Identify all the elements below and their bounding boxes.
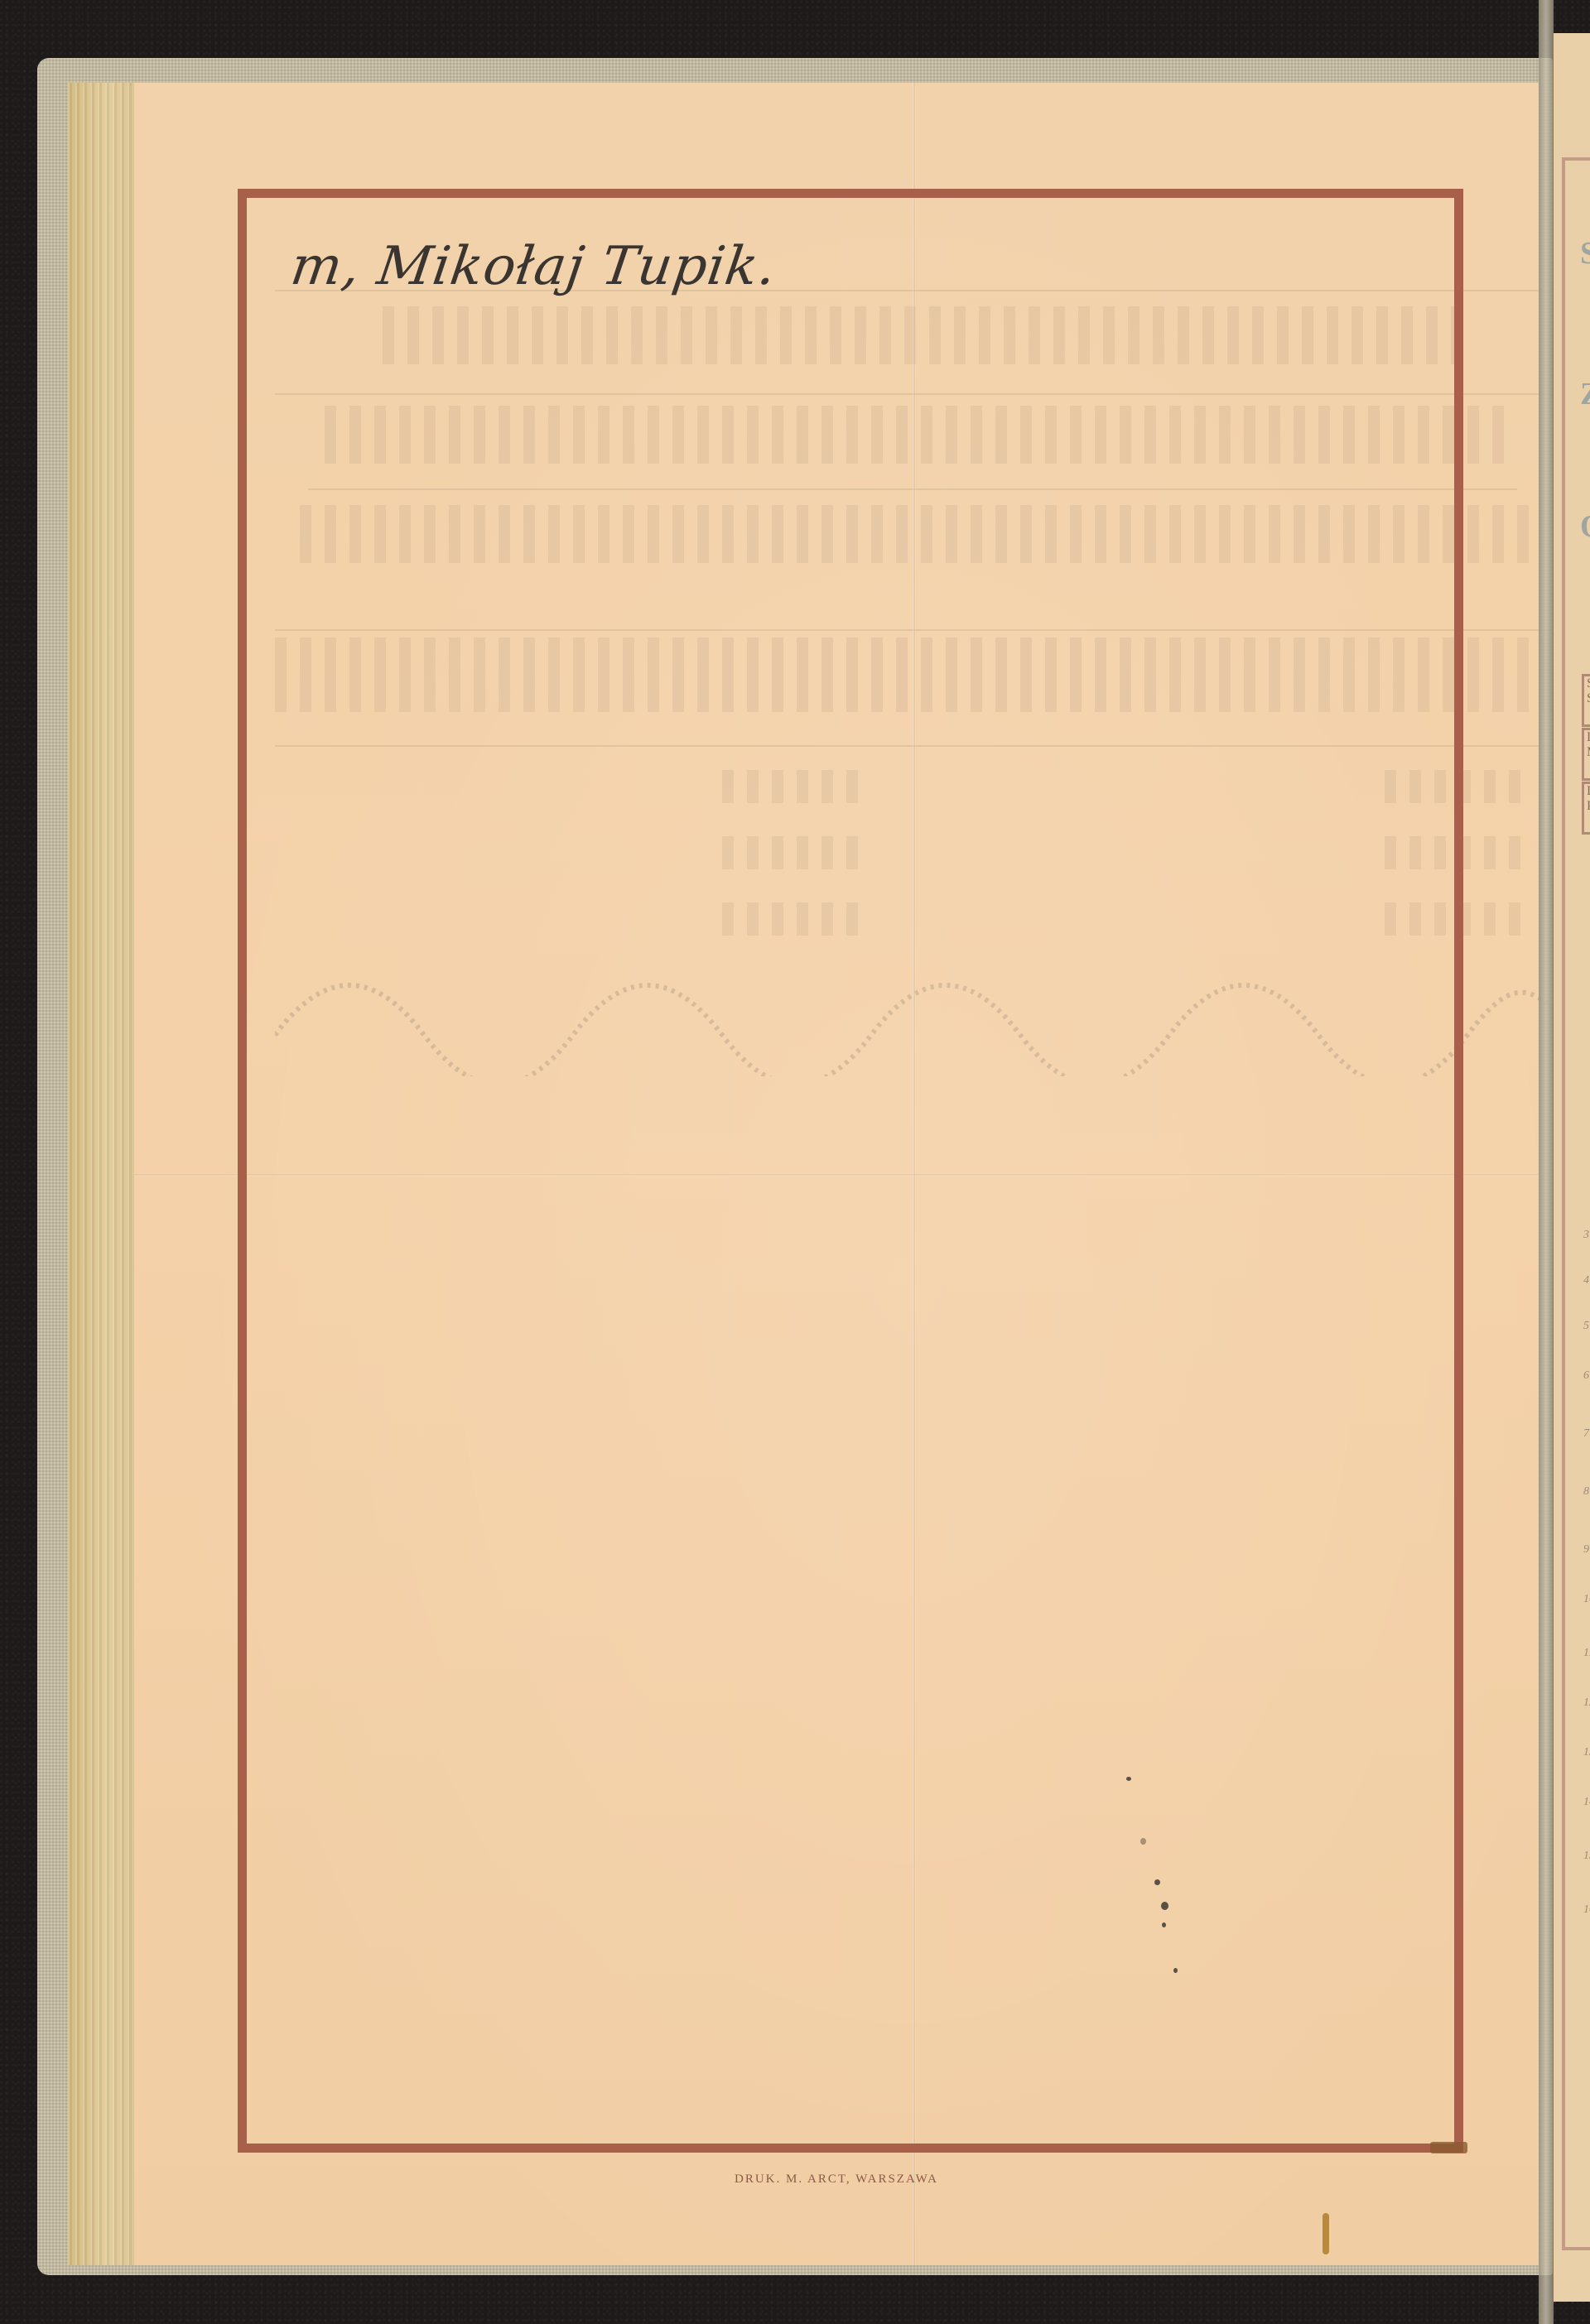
box-label: LO: [1587, 730, 1590, 744]
ink-spot: [1161, 1902, 1168, 1910]
row-number: 10: [1583, 1593, 1590, 1606]
label-box: DI PO: [1582, 782, 1590, 835]
row-number: 16: [1583, 1903, 1590, 1917]
page-block-edges: [68, 83, 136, 2265]
box-label: MI: [1587, 745, 1590, 759]
row-number: 6: [1583, 1369, 1589, 1383]
row-number: 15: [1583, 1850, 1590, 1863]
row-number: 12: [1583, 1696, 1590, 1710]
label-box: LO MI: [1582, 728, 1590, 781]
row-number: 3: [1583, 1229, 1589, 1242]
handwritten-name: m, Mikołaj Tupik.: [287, 236, 781, 297]
row-number: 9: [1583, 1543, 1589, 1557]
ornamental-letter-icon: O: [1580, 508, 1590, 545]
ink-spot: [1173, 1968, 1178, 1973]
row-number: 7: [1583, 1427, 1589, 1441]
ornamental-letter-icon: Z: [1580, 376, 1590, 412]
ink-spot: [1126, 1777, 1131, 1781]
row-number: 11: [1583, 1647, 1590, 1660]
printer-imprint: DRUK. M. ARCT, WARSZAWA: [735, 2172, 938, 2187]
box-label: SZ: [1587, 691, 1590, 705]
adjacent-page-edge: S Z O SC SZ LO MI DI PO 3 4 5 6 7 8 9 10…: [1554, 33, 1590, 2302]
book-gutter: [1539, 0, 1554, 2324]
box-label: DI: [1587, 784, 1590, 798]
ink-spot: [1162, 1922, 1166, 1927]
ink-spot: [1154, 1879, 1160, 1885]
frame-corner-stain: [1430, 2142, 1467, 2153]
brown-stain: [1323, 2213, 1329, 2254]
row-number: 8: [1583, 1485, 1589, 1499]
label-box: SC SZ: [1582, 674, 1590, 727]
red-border-frame: [238, 189, 1463, 2153]
box-label: SC: [1587, 676, 1590, 690]
row-number: 4: [1583, 1274, 1589, 1287]
row-number: 14: [1583, 1796, 1590, 1809]
row-number: 13: [1583, 1746, 1590, 1759]
adjacent-page-frame: S Z O SC SZ LO MI DI PO 3 4 5 6 7 8 9 10…: [1562, 157, 1590, 2250]
ornamental-letter-icon: S: [1580, 235, 1590, 272]
ink-spot: [1140, 1838, 1146, 1845]
box-label: PO: [1587, 799, 1590, 813]
document-page: m, Mikołaj Tupik. DRUK. M. ARCT, WARSZAW…: [134, 83, 1539, 2265]
row-number: 5: [1583, 1320, 1589, 1333]
